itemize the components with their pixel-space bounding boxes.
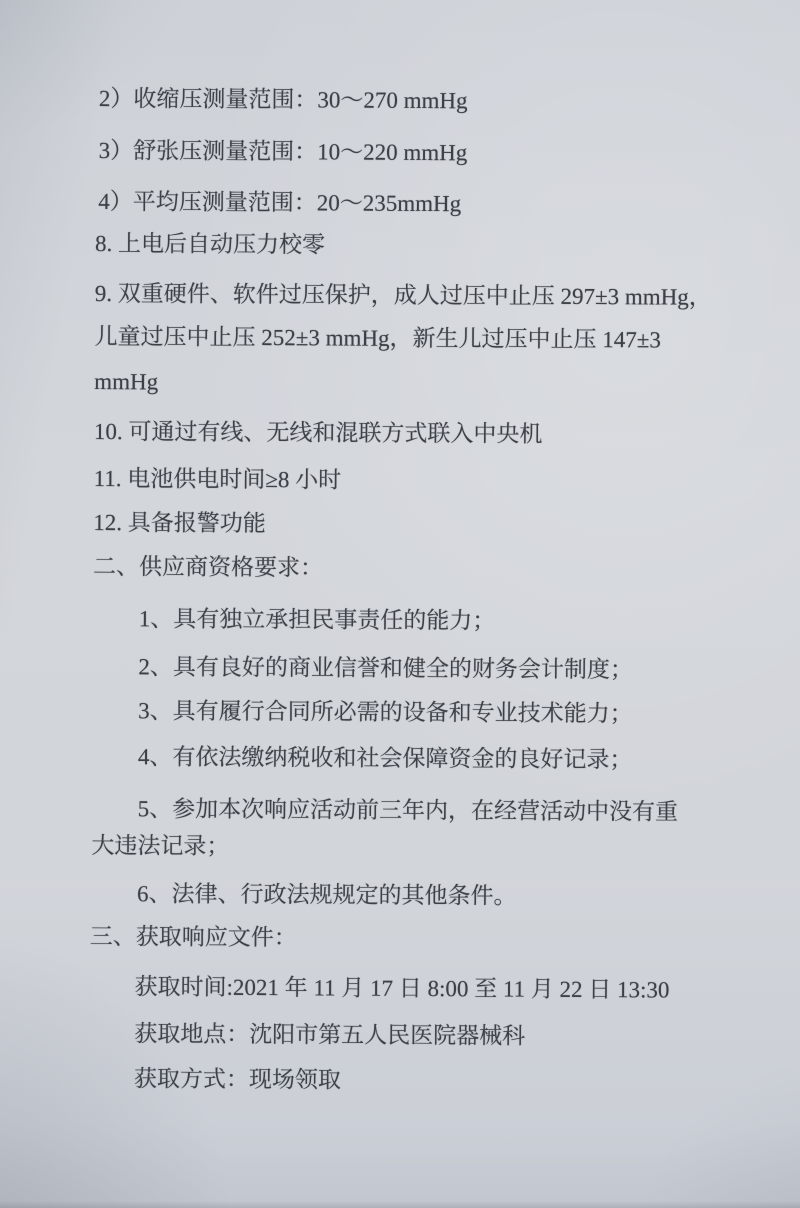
spec-range-systolic: 2）收缩压测量范围：30～270 mmHg <box>99 84 468 116</box>
document-photo-page: 2）收缩压测量范围：30～270 mmHg 3）舒张压测量范围：10～220 m… <box>0 0 800 1208</box>
spec-item-11-battery-time: 11. 电池供电时间≥8 小时 <box>94 464 342 496</box>
obtain-time-line: 获取时间:2021 年 11 月 17 日 8:00 至 11 月 22 日 1… <box>134 972 669 1005</box>
document-text-block: 2）收缩压测量范围：30～270 mmHg 3）舒张压测量范围：10～220 m… <box>0 0 800 1208</box>
obtain-location-line: 获取地点：沈阳市第五人民医院器械科 <box>134 1019 525 1051</box>
spec-item-9-overpressure-line2: 儿童过压中止压 252±3 mmHg，新生儿过压中止压 147±3 <box>94 322 661 355</box>
qualification-item-4: 4、有依法缴纳税收和社会保障资金的良好记录； <box>138 742 633 775</box>
spec-item-12-alarm: 12. 具备报警功能 <box>93 508 266 539</box>
section-2-heading: 二、供应商资格要求： <box>93 552 323 583</box>
spec-range-diastolic: 3）舒张压测量范围：10～220 mmHg <box>99 136 468 168</box>
qualification-item-3: 3、具有履行合同所必需的设备和专业技术能力； <box>138 696 633 729</box>
spec-item-9-overpressure-line3: mmHg <box>94 367 158 397</box>
spec-item-10-central-connect: 10. 可通过有线、无线和混联方式联入中央机 <box>94 417 543 450</box>
spec-range-mean: 4）平均压测量范围：20～235mmHg <box>98 187 461 219</box>
qualification-item-6: 6、法律、行政法规规定的其他条件。 <box>137 879 517 911</box>
qualification-item-2: 2、具有良好的商业信誉和健全的财务会计制度； <box>138 652 633 685</box>
spec-item-9-overpressure-line1: 9. 双重硬件、软件过压保护，成人过压中止压 297±3 mmHg， <box>95 279 712 313</box>
qualification-item-5-line1: 5、参加本次响应活动前三年内，在经营活动中没有重 <box>138 794 679 827</box>
qualification-item-5-line2: 大违法记录； <box>91 831 229 862</box>
obtain-method-line: 获取方式：现场领取 <box>134 1064 341 1095</box>
spec-item-8-auto-zero: 8. 上电后自动压力校零 <box>95 229 325 260</box>
qualification-item-1: 1、具有独立承担民事责任的能力； <box>139 604 496 636</box>
section-3-heading: 三、获取响应文件： <box>90 922 297 953</box>
